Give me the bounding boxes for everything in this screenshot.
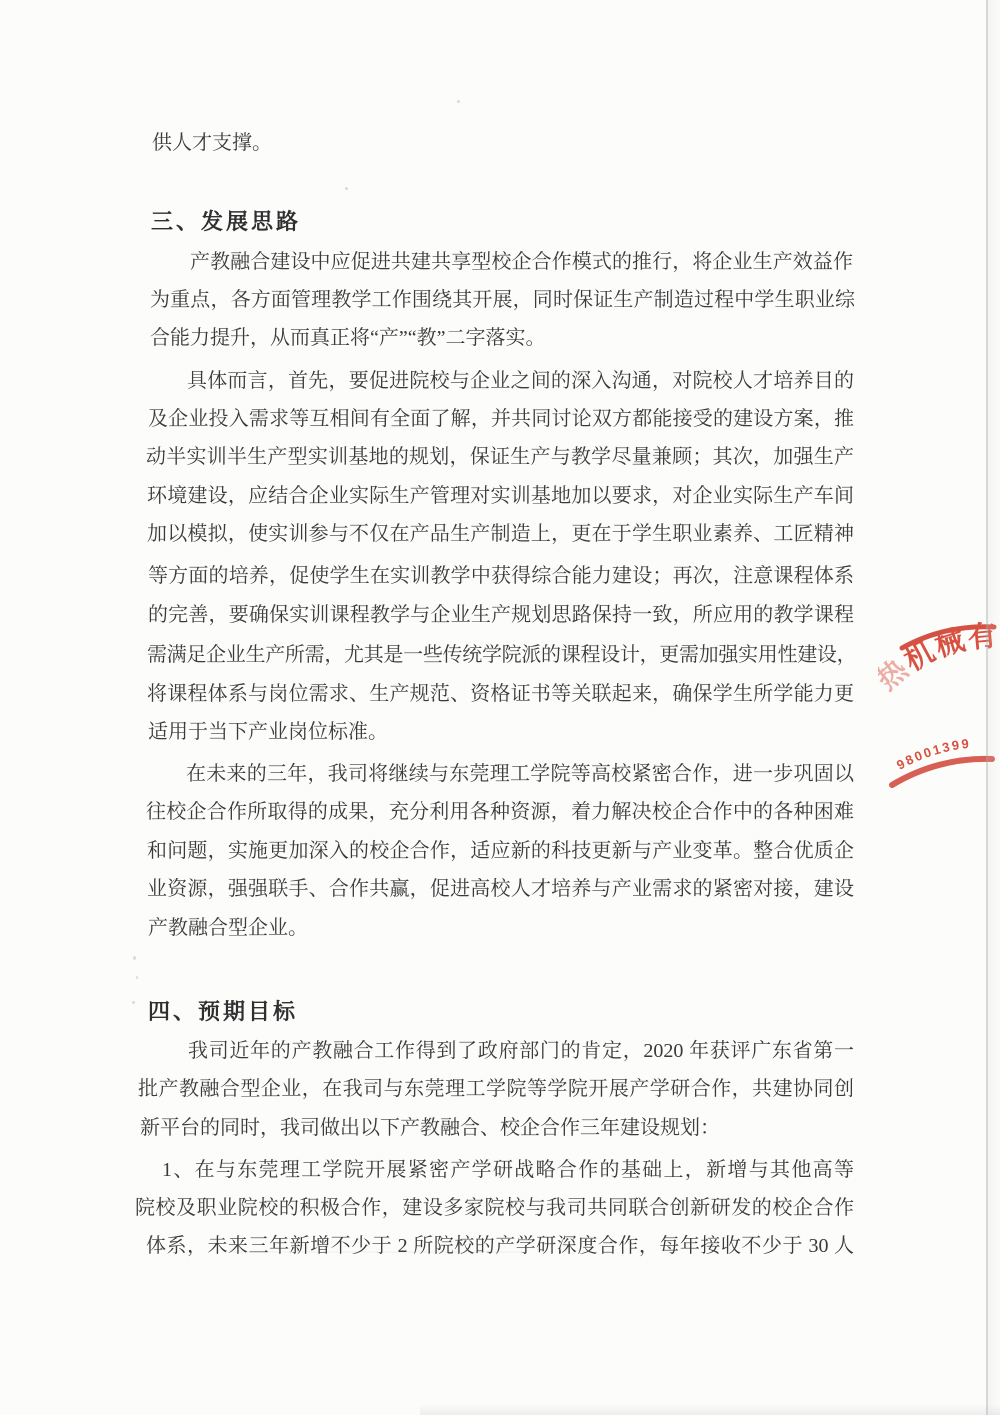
paragraph-line: 供人才支撑。 [152,128,272,158]
paragraph-line: 将课程体系与岗位需求、生产规范、资格证书等关联起来，确保学生所学能力更 [147,679,854,709]
scan-edge-shadow [988,0,1000,1415]
paragraph-line: 1、在与东莞理工学院开展紧密产学研战略合作的基础上，新增与其他高等 [162,1155,854,1185]
scan-speck [345,187,348,190]
scan-bottom-shadow [420,1404,1000,1415]
paragraph-line: 需满足企业生产所需，尤其是一些传统学院派的课程设计，更需加强实用性建设， [147,640,856,670]
stamp-company-text: 机械有限 [899,619,1000,678]
paragraph-line: 及企业投入需求等互相间有全面了解，并共同讨论双方都能接受的建设方案，推 [148,404,854,434]
paragraph-line: 院校及职业院校的积极合作，建设多家院校与我司共同联合创新研发的校企合作 [135,1193,854,1223]
paragraph-line: 具体而言，首先，要促进院校与企业之间的深入沟通，对院校人才培养目的 [187,366,854,396]
paragraph-line: 体系，未来三年新增不少于 2 所院校的产学研深度合作，每年接收不少于 30 人 [146,1231,854,1261]
paragraph-line: 产教融合型企业。 [148,913,308,943]
paragraph-line: 批产教融合型企业，在我司与东莞理工学院等学院开展产学研合作，共建协同创 [138,1074,854,1104]
scan-speck [132,1001,135,1004]
paragraph-line: 新平台的同时，我司做出以下产教融合、校企合作三年建设规划： [140,1113,720,1143]
scanned-document-page: 供人才支撑。 三、发展思路 产教融合建设中应促进共建共享型校企合作模式的推行，将… [0,0,1000,1415]
scan-smudge [225,1251,525,1253]
scan-speck [133,956,136,960]
paragraph-line: 往校企合作所取得的成果，充分利用各种资源，着力解决校企合作中的各种困难 [146,797,854,827]
section-heading-development: 三、发展思路 [151,205,301,236]
scan-speck [457,100,460,103]
paragraph-line: 的完善，要确保实训课程教学与企业生产规划思路保持一致，所应用的教学课程 [148,600,854,630]
paragraph-line: 和问题，实施更加深入的校企合作，适应新的科技更新与产业变革。整合优质企 [147,836,854,866]
paragraph-line: 我司近年的产教融合工作得到了政府部门的肯定，2020 年获评广东省第一 [188,1036,854,1066]
paragraph-line: 动半实训半生产型实训基地的规划，保证生产与教学尽量兼顾；其次，加强生产 [146,442,854,472]
scan-speck [136,976,138,979]
paragraph-line: 合能力提升，从而真正将“产”“教”二字落实。 [150,323,546,353]
paragraph-line: 等方面的培养，促使学生在实训教学中获得综合能力建设；再次，注意课程体系 [148,561,854,591]
paragraph-line: 业资源，强强联手、合作共赢，促进高校人才培养与产业需求的紧密对接，建设 [147,874,854,904]
section-heading-goals: 四、预期目标 [148,995,298,1026]
paragraph-line: 为重点，各方面管理教学工作围绕其开展，同时保证生产制造过程中学生职业综 [150,285,855,315]
paragraph-line: 产教融合建设中应促进共建共享型校企合作模式的推行，将企业生产效益作 [190,247,853,277]
company-seal-stamp: 热 机械有限 98001399 [878,598,1000,812]
paragraph-line: 加以模拟，使实训参与不仅在产品生产制造上，更在于学生职业素养、工匠精神 [147,519,854,549]
paragraph-line: 在未来的三年，我司将继续与东莞理工学院等高校紧密合作，进一步巩固以 [186,759,854,789]
paragraph-line: 环境建设，应结合企业实际生产管理对实训基地加以要求，对企业实际生产车间 [147,481,854,511]
paragraph-line: 适用于当下产业岗位标准。 [148,717,388,747]
